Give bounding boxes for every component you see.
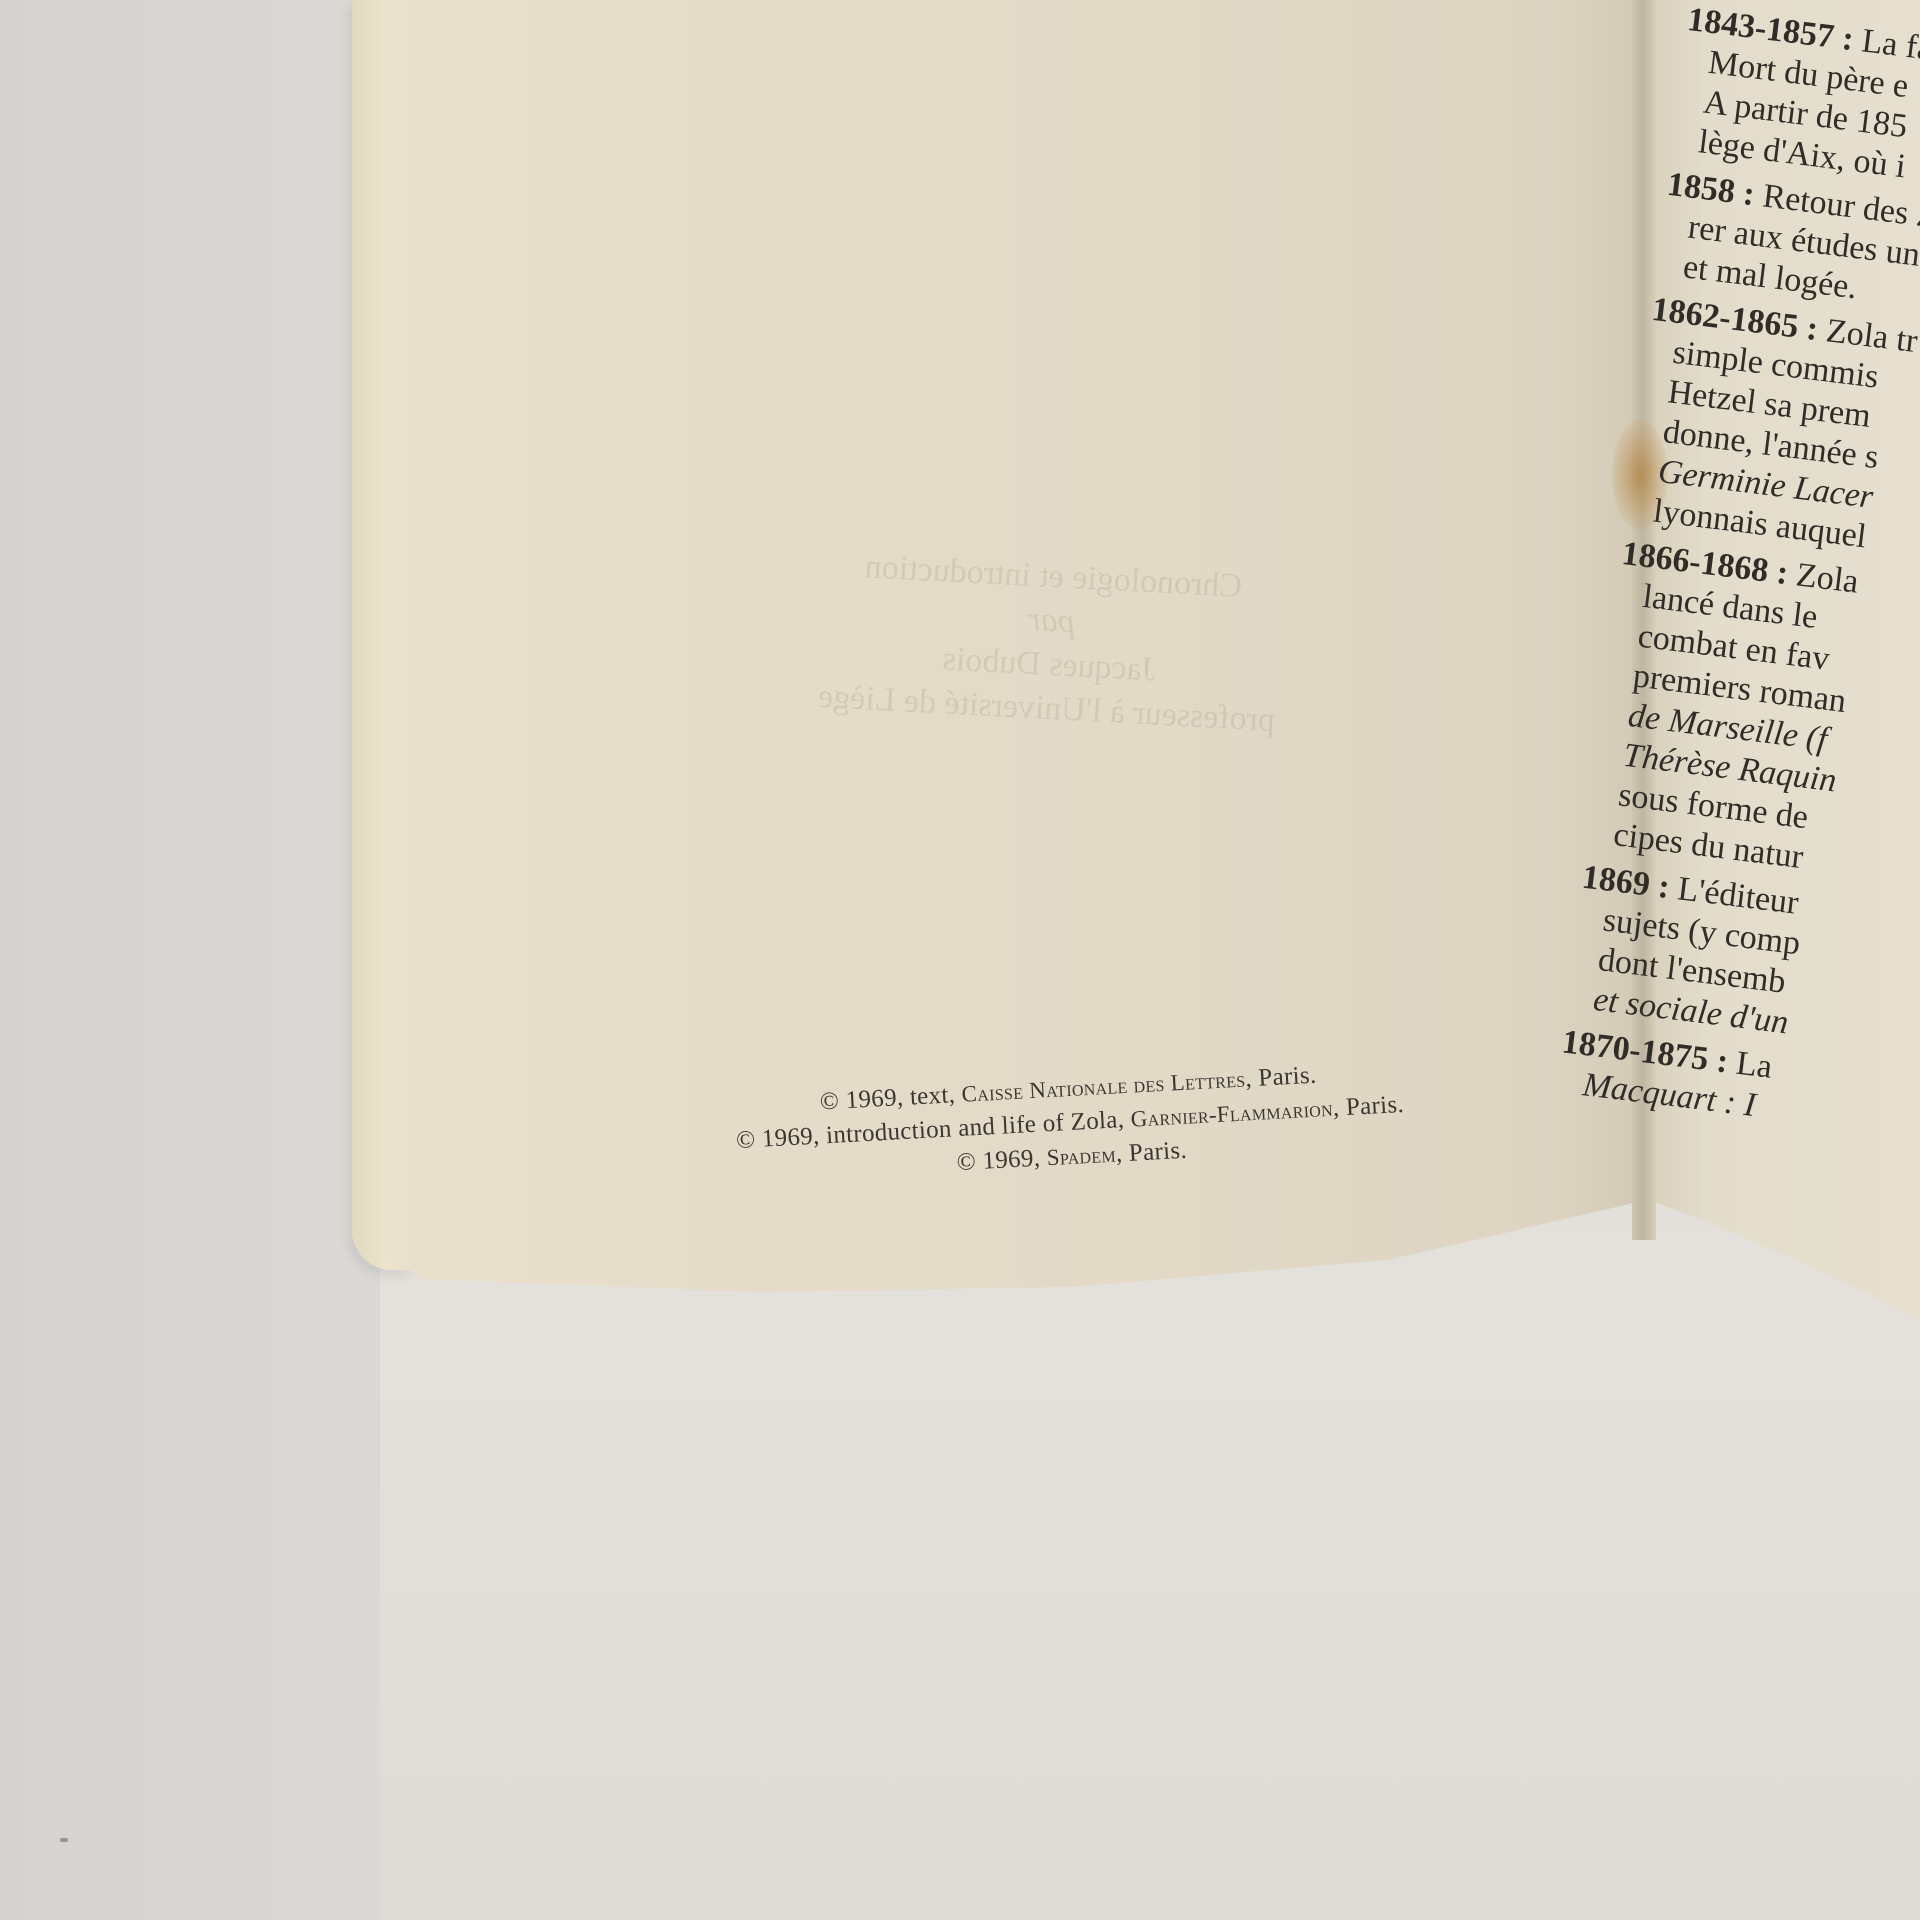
surface-speck [60,1838,68,1842]
copyright-prefix: © 1969, text, [819,1081,962,1116]
entry-text: La [1734,1045,1774,1086]
copyright-holder: Garnier-Flammarion [1130,1096,1334,1132]
entry-year: 1858 : [1665,166,1757,213]
entry-text: Zola [1794,556,1860,600]
entry-year: 1869 : [1580,859,1672,906]
copyright-holder: Spadem [1046,1142,1116,1171]
chronology-entry: 1862-1865 : Zola tr simple commis Hetzel… [1625,290,1920,579]
entry-text: La fa [1860,22,1920,67]
copyright-prefix: © 1969, [956,1144,1047,1176]
copyright-suffix: , Paris. [1332,1091,1405,1122]
background-surface [0,0,380,1920]
copyright-suffix: , Paris. [1115,1137,1188,1168]
copyright-suffix: , Paris. [1245,1062,1318,1093]
chronology-entry: 1866-1868 : Zola lancé dans le combat en… [1585,534,1920,903]
